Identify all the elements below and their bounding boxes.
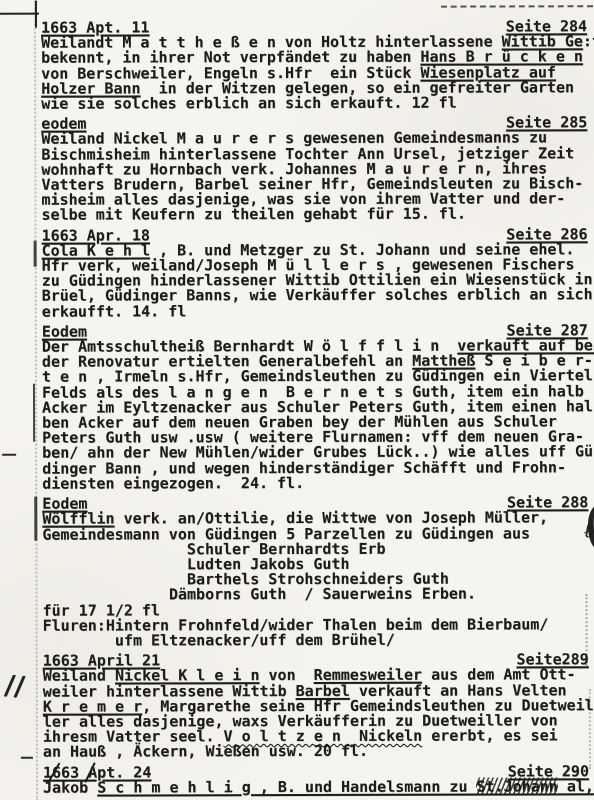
left-margin-ink-segment	[34, 241, 37, 267]
text-segment: selbe mit Keufern zu theilen gehabt für …	[41, 205, 465, 224]
text-segment: ufm Eltzenacker/uff dem Brühel/	[43, 631, 395, 650]
scribbled-out-text: St.Johann	[476, 777, 557, 795]
text-segment: erkaufft. 14. fl	[42, 302, 187, 320]
left-margin-ink-segment	[33, 384, 35, 442]
entry-text-line: wie sie solches erblich an sich erkauft.…	[41, 95, 587, 112]
text-segment: S c h m e h l i g , B. und Handelsmann z…	[97, 777, 476, 796]
scanned-document-page: // ( ℓ 1663 Apt. 11Seite 284Weilandt M a…	[0, 0, 594, 800]
text-segment: :t:	[583, 32, 594, 50]
torn-edge-dashed-line	[441, 5, 593, 7]
entry-date: 1663 Apt. 24	[43, 765, 151, 780]
text-segment: wie sie solches erblich an sich erkauft.…	[41, 94, 456, 113]
entry-text-line: Jakob S c h m e h l i g , B. und Handels…	[43, 779, 589, 796]
entry-text-line: an Hauß , Äckern, Wießen usw. 20 fl.	[43, 744, 589, 761]
register-entry: EodemSeite 288Wölfflin verk. an/Ottilie,…	[42, 495, 588, 648]
register-entry: 1663 Apr. 18Seite 286Cola K e h l , B. u…	[42, 227, 588, 320]
register-entry: 1663 Apt. 11Seite 284Weilandt M a t t h …	[41, 19, 587, 112]
entry-text-line: ufm Eltzenacker/uff dem Brühel/	[43, 632, 589, 649]
text-segment: diensten eingezogen. 24. fl.	[42, 474, 304, 493]
text-segment: al,	[558, 777, 594, 795]
entries: 1663 Apt. 11Seite 284Weilandt M a t t h …	[41, 19, 589, 800]
text-segment: ererbt, es sei	[422, 726, 558, 744]
register-entry: 1663 Apt. 24Seite 290Jakob S c h m e h l…	[43, 764, 589, 796]
register-entry: eodemSeite 285Weiland Nickel M a u r e r…	[41, 115, 587, 223]
left-margin-dash-mark	[2, 454, 16, 456]
register-entry: EodemSeite 287Der Amtsschultheiß Bernhar…	[42, 323, 588, 492]
entry-text-line: selbe mit Keufern zu theilen gehabt für …	[41, 207, 587, 224]
handwritten-double-slash-mark: //	[4, 678, 25, 695]
entry-text-line: diensten eingezogen. 24. fl.	[42, 475, 588, 492]
left-margin-ink-segment	[34, 497, 37, 541]
left-margin-dash-mark	[21, 757, 33, 759]
text-segment: an Hauß , Äckern, Wießen usw. 20 fl.	[43, 742, 368, 761]
entry-text-line: erkaufft. 14. fl	[42, 303, 588, 320]
register-entry: 1663 April 21Seite289Weiland Nickel K l …	[43, 652, 589, 760]
